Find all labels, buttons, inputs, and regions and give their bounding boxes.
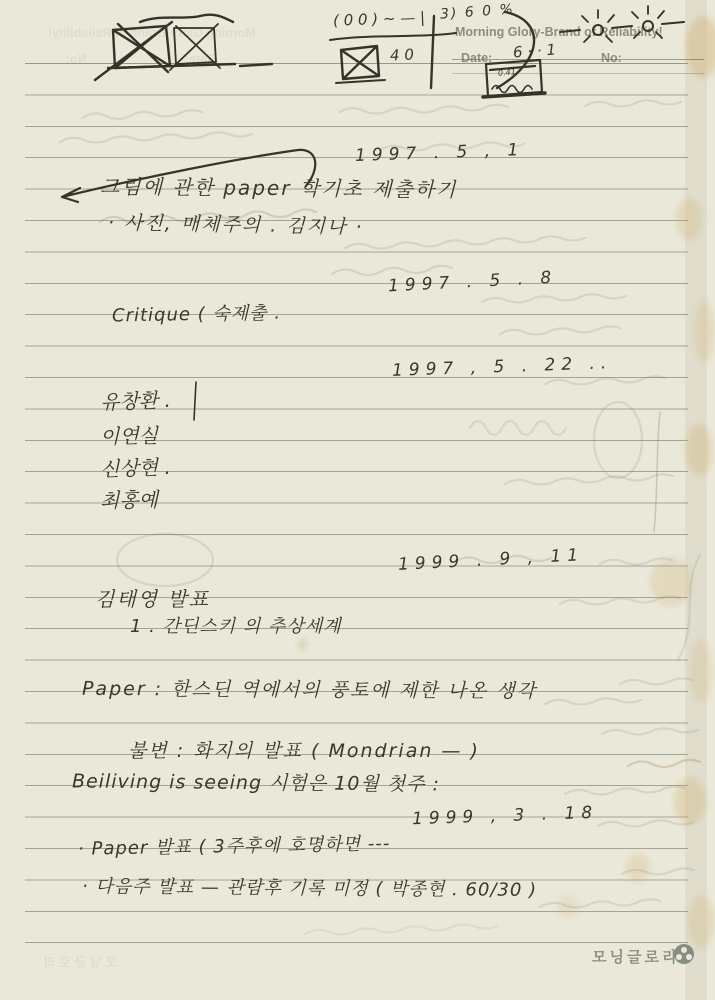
morning-glory-logo-icon — [674, 944, 694, 964]
notebook-page: Morning Glory-Brand of Reliability! Morn… — [0, 0, 715, 1000]
footer-logo-layer — [0, 0, 715, 1000]
footer-brand-showthrough: 모닝글로리 — [40, 952, 118, 971]
